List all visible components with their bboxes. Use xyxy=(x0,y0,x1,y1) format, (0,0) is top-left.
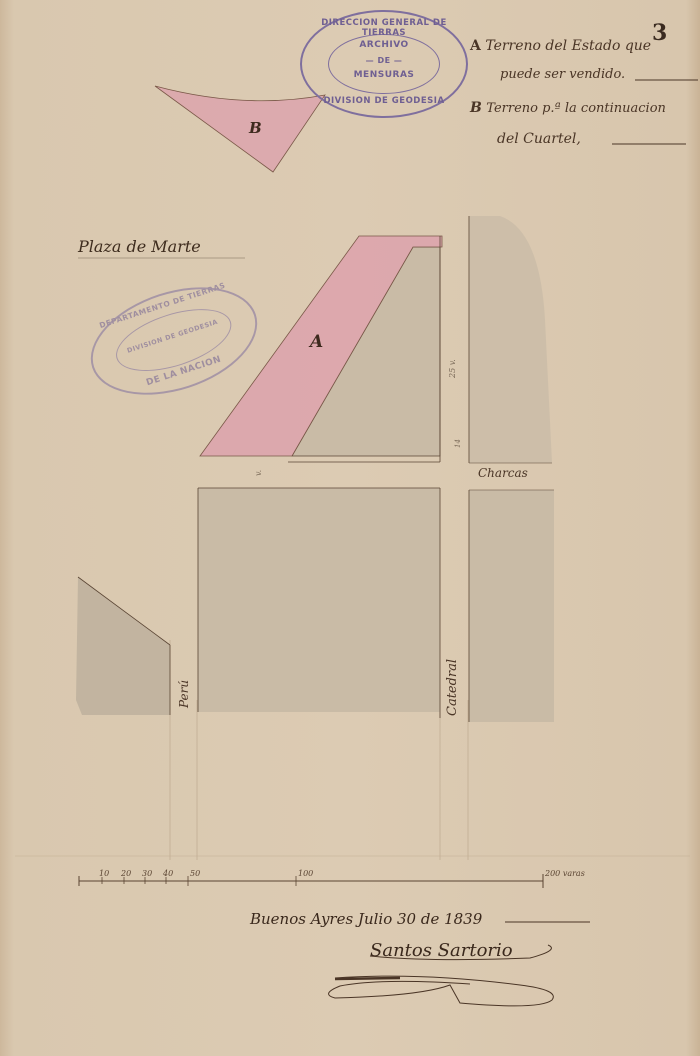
scale-label-100: 100 xyxy=(298,869,313,878)
street-peru: Perú xyxy=(177,680,191,708)
place-date-line: Buenos Ayres Julio 30 de 1839 xyxy=(250,910,482,928)
stamp-top-line1: ARCHIVO xyxy=(302,40,466,50)
scale-label-50: 50 xyxy=(190,869,200,878)
street-charcas: Charcas xyxy=(478,466,528,480)
stamp-top-line3: MENSURAS xyxy=(302,70,466,80)
block-west-grey xyxy=(76,577,170,715)
stamp-top-line2: — DE — xyxy=(302,56,466,65)
legend-b: B Terreno p.ª la continuacion xyxy=(470,100,666,116)
map-sheet: 3 A Terreno del Estado que puede ser ven… xyxy=(0,0,700,1056)
plaza-de-marte-label: Plaza de Marte xyxy=(78,237,201,256)
block-northeast-grey xyxy=(469,216,552,463)
signature-flourish xyxy=(329,922,590,1006)
legend-a-key: A xyxy=(470,38,481,54)
stamp-top-outer: DIRECCION GENERAL DE TIERRAS xyxy=(302,18,466,38)
legend-b-line2: del Cuartel, xyxy=(497,131,581,147)
scale-label-unit: 200 varas xyxy=(545,869,585,878)
legend-b-key: B xyxy=(470,100,482,116)
scale-label-40: 40 xyxy=(163,869,173,878)
dimension-note-14: 14 xyxy=(454,439,462,448)
signature-name: Santos Sartorio xyxy=(370,940,513,961)
stamp-archivo-mensuras: DIRECCION GENERAL DE TIERRAS ARCHIVO — D… xyxy=(300,10,468,118)
plan-drawing xyxy=(0,0,700,1056)
legend-a-line2: puede ser vendido. xyxy=(500,67,625,82)
block-east-grey xyxy=(469,490,554,722)
block-central-grey xyxy=(198,488,440,712)
legend-b-line1: Terreno p.ª la continuacion xyxy=(486,101,666,116)
scale-label-20: 20 xyxy=(121,869,131,878)
street-catedral: Catedral xyxy=(445,659,460,716)
legend-a: A Terreno del Estado que xyxy=(470,38,651,54)
dimension-note-25v: 25 v. xyxy=(448,359,457,378)
stamp-top-outer-bottom: DIVISION DE GEODESIA xyxy=(302,96,466,106)
lot-b-shape xyxy=(155,86,325,172)
lot-b-label: B xyxy=(249,119,262,137)
dimension-note-v: v. xyxy=(254,470,263,476)
legend-a-line1: Terreno del Estado que xyxy=(485,38,651,54)
scale-label-30: 30 xyxy=(142,869,152,878)
lot-a-label: A xyxy=(310,332,323,352)
page-number: 3 xyxy=(652,20,667,46)
scale-label-10: 10 xyxy=(99,869,109,878)
